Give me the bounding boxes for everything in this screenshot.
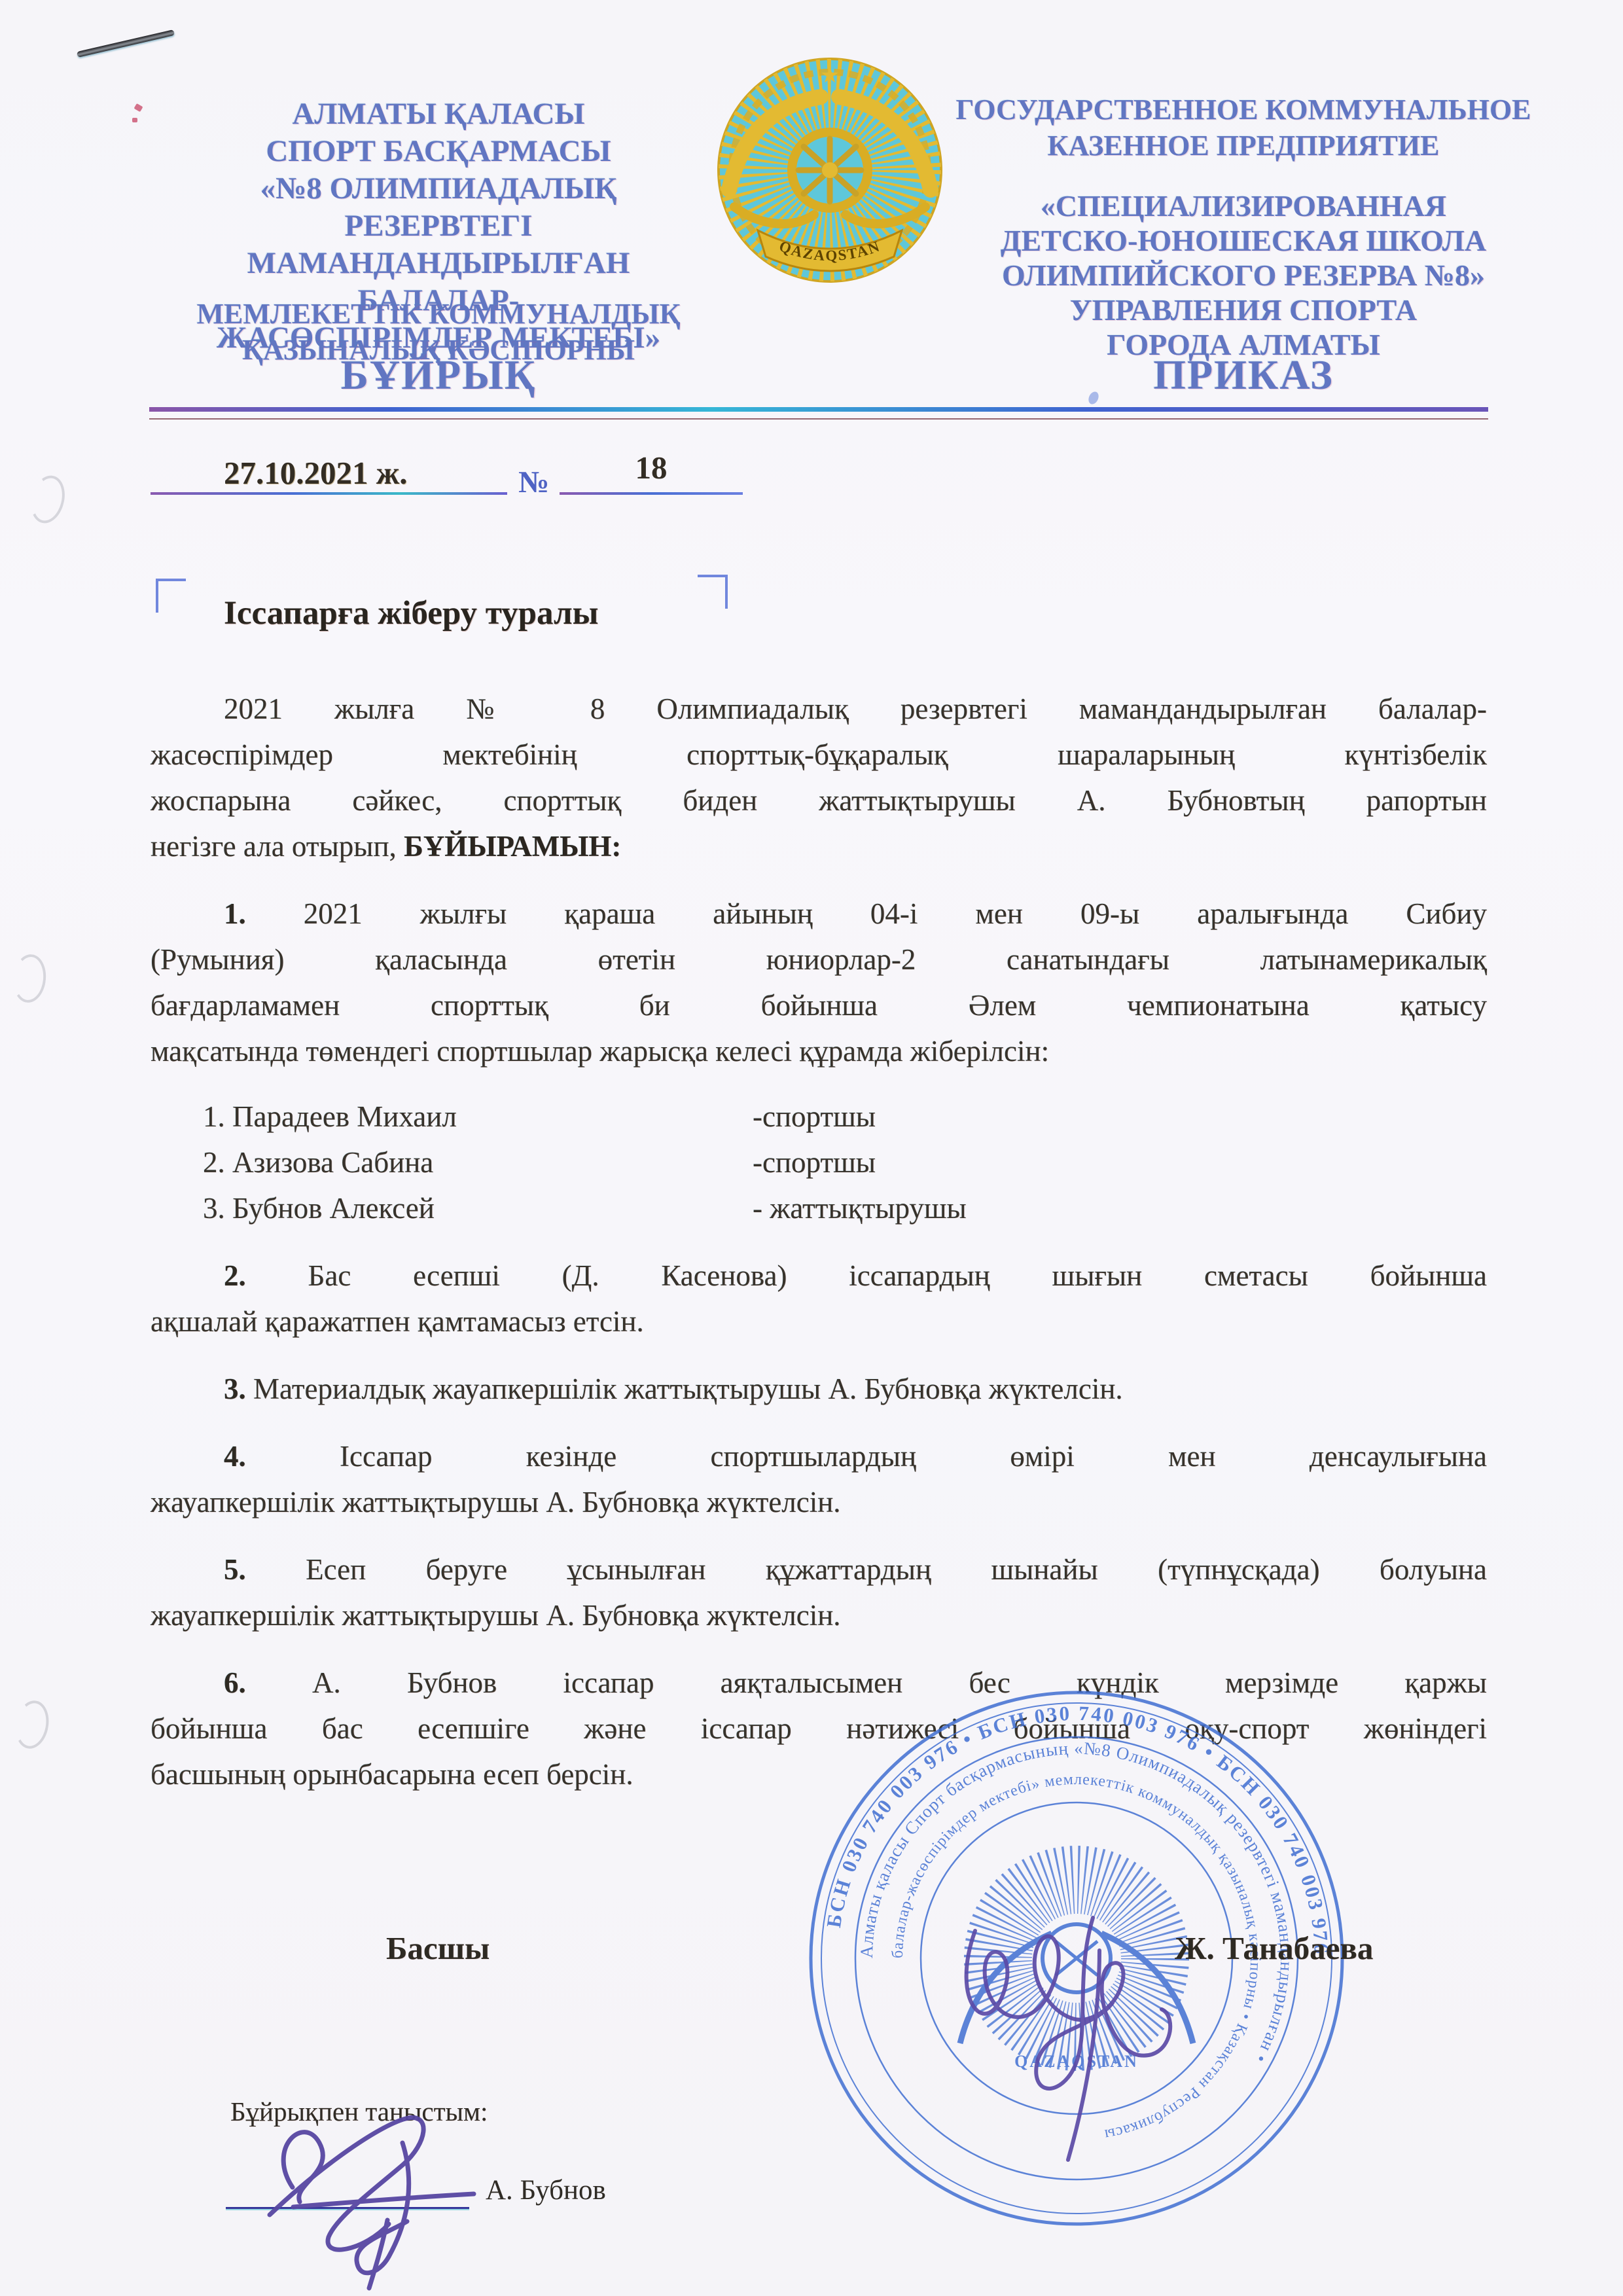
text-line: 1. 2021 жылғы қараша айының 04-і мен 09-… bbox=[151, 891, 1487, 937]
roster-list: 1. Парадеев Михаил -спортшы 2. Азизова С… bbox=[151, 1094, 1487, 1231]
paragraph-3: 3. Материалдық жауапкершілік жаттықтыруш… bbox=[151, 1366, 1487, 1412]
header-rule bbox=[149, 407, 1488, 412]
paragraph-1: 1. 2021 жылғы қараша айының 04-і мен 09-… bbox=[151, 891, 1487, 1074]
text-line: жасөспірімдер мектебінің спорттық-бұқара… bbox=[151, 732, 1487, 778]
roster-row: 2. Азизова Сабина -спортшы bbox=[151, 1139, 1487, 1185]
order-number: 18 bbox=[560, 449, 743, 486]
paragraph-2: 2. Бас есепші (Д. Касенова) іссапардың ш… bbox=[151, 1253, 1487, 1344]
scanned-order-document: АЛМАТЫ ҚАЛАСЫ СПОРТ БАСҚАРМАСЫ «№8 ОЛИМП… bbox=[0, 0, 1623, 2296]
number-underline bbox=[560, 492, 743, 495]
text-line: ақшалай қаражатпен қамтамасыз етсін. bbox=[151, 1299, 1487, 1344]
text-line: жауапкершілік жаттықтырушы А. Бубновқа ж… bbox=[151, 1592, 1487, 1638]
number-sign: № bbox=[518, 465, 549, 500]
ink-speck bbox=[134, 103, 143, 112]
roster-row: 1. Парадеев Михаил -спортшы bbox=[151, 1094, 1487, 1139]
athlete-name: 1. Парадеев Михаил bbox=[151, 1094, 753, 1139]
dateline: 27.10.2021 ж. № 18 bbox=[151, 449, 1486, 514]
text-line: 2021 жылға № 8 Олимпиадалық резервтегі м… bbox=[151, 686, 1487, 732]
corner-mark-left bbox=[156, 579, 186, 613]
org-name-russian: «СПЕЦИАЛИЗИРОВАННАЯ ДЕТСКО-ЮНОШЕСКАЯ ШКО… bbox=[939, 188, 1548, 362]
subject-row: Іссапарға жіберу туралы bbox=[151, 576, 1486, 655]
signer-name: Ж. Танабаева bbox=[1175, 1929, 1373, 1967]
roster-row: 3. Бубнов Алексей - жаттықтырушы bbox=[151, 1185, 1487, 1231]
order-word: БҰЙЫРАМЫН: bbox=[404, 830, 621, 863]
hole-punch-shadow bbox=[12, 1698, 52, 1751]
corner-mark-right bbox=[698, 575, 728, 609]
text-line: 2. Бас есепші (Д. Касенова) іссапардың ш… bbox=[151, 1253, 1487, 1299]
org-type-russian: ГОСУДАРСТВЕННОЕ КОММУНАЛЬНОЕ КАЗЕННОЕ ПР… bbox=[939, 92, 1548, 164]
signer-position: Басшы bbox=[386, 1929, 490, 1967]
text-line: негізге ала отырып, БҰЙЫРАМЫН: bbox=[151, 823, 1487, 869]
intro-paragraph: 2021 жылға № 8 Олимпиадалық резервтегі м… bbox=[151, 686, 1487, 869]
kazakhstan-coat-of-arms: ★ QAZAQSTAN bbox=[715, 55, 945, 285]
date-underline bbox=[151, 492, 507, 495]
athlete-name: 3. Бубнов Алексей bbox=[151, 1185, 753, 1231]
doc-type-russian: ПРИКАЗ bbox=[939, 351, 1548, 399]
text-line: жауапкершілік жаттықтырушы А. Бубновқа ж… bbox=[151, 1479, 1487, 1525]
text-line: (Румыния) қаласында өтетін юниорлар-2 са… bbox=[151, 937, 1487, 982]
text-line: бағдарламамен спорттық би бойынша Әлем ч… bbox=[151, 982, 1487, 1028]
hole-punch-shadow bbox=[26, 472, 69, 527]
paragraph-4: 4. Іссапар кезінде спортшылардың өмірі м… bbox=[151, 1433, 1487, 1525]
athlete-role: - жаттықтырушы bbox=[753, 1185, 967, 1231]
text-line: 3. Материалдық жауапкершілік жаттықтыруш… bbox=[151, 1366, 1487, 1412]
hole-punch-shadow bbox=[10, 953, 48, 1005]
athlete-name: 2. Азизова Сабина bbox=[151, 1139, 753, 1185]
paragraph-5: 5. Есеп беруге ұсынылған құжаттардың шын… bbox=[151, 1547, 1487, 1638]
acknowledgement-signature bbox=[230, 2102, 531, 2293]
text-line: 5. Есеп беруге ұсынылған құжаттардың шын… bbox=[151, 1547, 1487, 1592]
staple-mark bbox=[77, 29, 175, 58]
header-rule-thin bbox=[149, 418, 1488, 420]
text-line: мақсатында төмендегі спортшылар жарысқа … bbox=[151, 1028, 1487, 1074]
text-line: жоспарына сәйкес, спорттық биден жаттықт… bbox=[151, 778, 1487, 823]
athlete-role: -спортшы bbox=[753, 1139, 876, 1185]
subject-title: Іссапарға жіберу туралы bbox=[224, 594, 598, 632]
order-date: 27.10.2021 ж. bbox=[224, 454, 408, 492]
order-body: 2021 жылға № 8 Олимпиадалық резервтегі м… bbox=[151, 686, 1487, 1797]
doc-type-kazakh: БҰЙРЫҚ bbox=[167, 351, 710, 399]
text-line: 4. Іссапар кезінде спортшылардың өмірі м… bbox=[151, 1433, 1487, 1479]
star-icon: ★ bbox=[820, 63, 840, 88]
athlete-role: -спортшы bbox=[753, 1094, 876, 1139]
ink-speck bbox=[132, 118, 137, 122]
director-signature bbox=[897, 1767, 1224, 2186]
